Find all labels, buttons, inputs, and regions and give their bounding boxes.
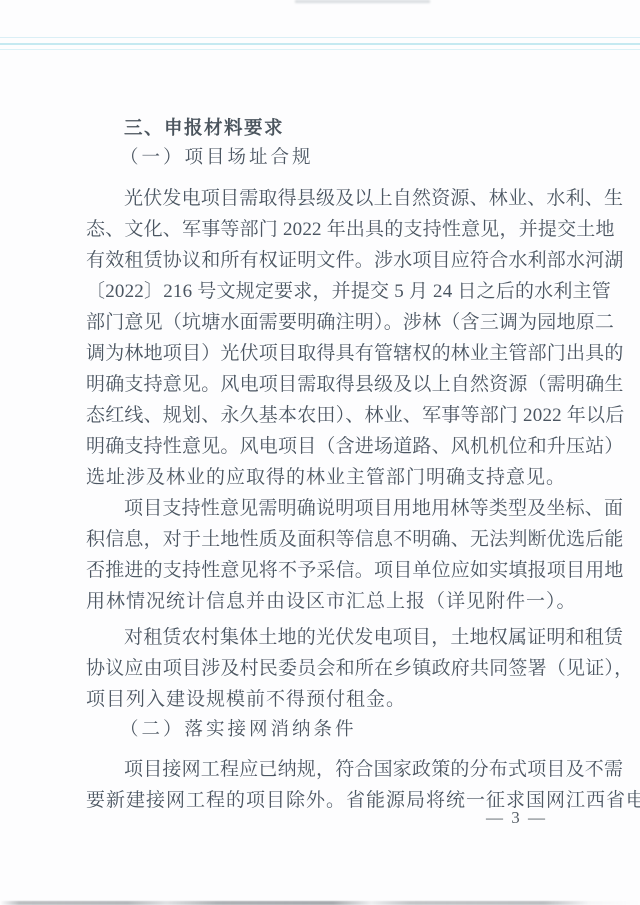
paragraph-1-line: 部门意见（坑塘水面需要明确注明）。涉林（含三调为园地原二 xyxy=(86,307,556,338)
paragraph-1-line: 调为林地项目）光伏项目取得具有管辖权的林业主管部门出具的 xyxy=(86,338,556,369)
paragraph-1: 光伏发电项目需取得县级及以上自然资源、林业、水利、生 态、文化、军事等部门 20… xyxy=(86,183,556,493)
paragraph-1-line: 有效租赁协议和所有权证明文件。涉水项目应符合水利部水河湖 xyxy=(86,245,556,276)
paragraph-1-line: 明确支持性意见。风电项目（含进场道路、风机机位和升压站） xyxy=(86,431,556,462)
paragraph-2-line: 积信息，对于土地性质及面积等信息不明确、无法判断优选后能 xyxy=(86,524,556,555)
scan-artifact-top-smudge xyxy=(295,0,430,3)
paragraph-2-line: 否推进的支持性意见将不予采信。项目单位应如实填报项目用地 xyxy=(86,555,556,586)
top-rule-line-2 xyxy=(0,43,640,45)
section-heading: 三、申报材料要求 xyxy=(86,112,556,143)
paragraph-4: 项目接网工程应已纳规，符合国家政策的分布式项目及不需 要新建接网工程的项目除外。… xyxy=(86,754,556,816)
subsection-2-heading: （二）落实接网消纳条件 xyxy=(86,715,556,746)
paragraph-2: 项目支持性意见需明确说明项目用地用林等类型及坐标、面 积信息，对于土地性质及面积… xyxy=(86,493,556,617)
paragraph-2-line: 用林情况统计信息并由设区市汇总上报（详见附件一）。 xyxy=(86,586,556,617)
paragraph-1-line: 〔2022〕216 号文规定要求，并提交 5 月 24 日之后的水利主管 xyxy=(86,276,556,307)
paragraph-1-line: 选址涉及林业的应取得的林业主管部门明确支持意见。 xyxy=(86,462,556,493)
paragraph-1-line: 光伏发电项目需取得县级及以上自然资源、林业、水利、生 xyxy=(86,183,556,214)
page-number: — 3 — xyxy=(486,808,547,828)
top-rule-line-3 xyxy=(0,49,640,50)
paragraph-3-line: 对租赁农村集体土地的光伏发电项目，土地权属证明和租赁 xyxy=(86,622,556,653)
paragraph-3-line: 项目列入建设规模前不得预付租金。 xyxy=(86,684,556,715)
scan-bottom-edge-shadow xyxy=(0,901,640,905)
document-body: 三、申报材料要求 （一）项目场址合规 光伏发电项目需取得县级及以上自然资源、林业… xyxy=(86,112,556,816)
paragraph-1-line: 态、文化、军事等部门 2022 年出具的支持性意见，并提交土地 xyxy=(86,214,556,245)
paragraph-3-line: 协议应由项目涉及村民委员会和所在乡镇政府共同签署（见证）， xyxy=(86,653,556,684)
top-rule-line-1 xyxy=(0,37,640,38)
paragraph-2-line: 项目支持性意见需明确说明项目用地用林等类型及坐标、面 xyxy=(86,493,556,524)
paragraph-3: 对租赁农村集体土地的光伏发电项目，土地权属证明和租赁 协议应由项目涉及村民委员会… xyxy=(86,622,556,715)
paragraph-4-line: 项目接网工程应已纳规，符合国家政策的分布式项目及不需 xyxy=(86,754,556,785)
subsection-1-heading: （一）项目场址合规 xyxy=(86,143,556,174)
paragraph-1-line: 态红线、规划、永久基本农田）、林业、军事等部门 2022 年以后 xyxy=(86,400,556,431)
scanned-document-page: 三、申报材料要求 （一）项目场址合规 光伏发电项目需取得县级及以上自然资源、林业… xyxy=(0,0,640,905)
paragraph-1-line: 明确支持意见。风电项目需取得县级及以上自然资源（需明确生 xyxy=(86,369,556,400)
